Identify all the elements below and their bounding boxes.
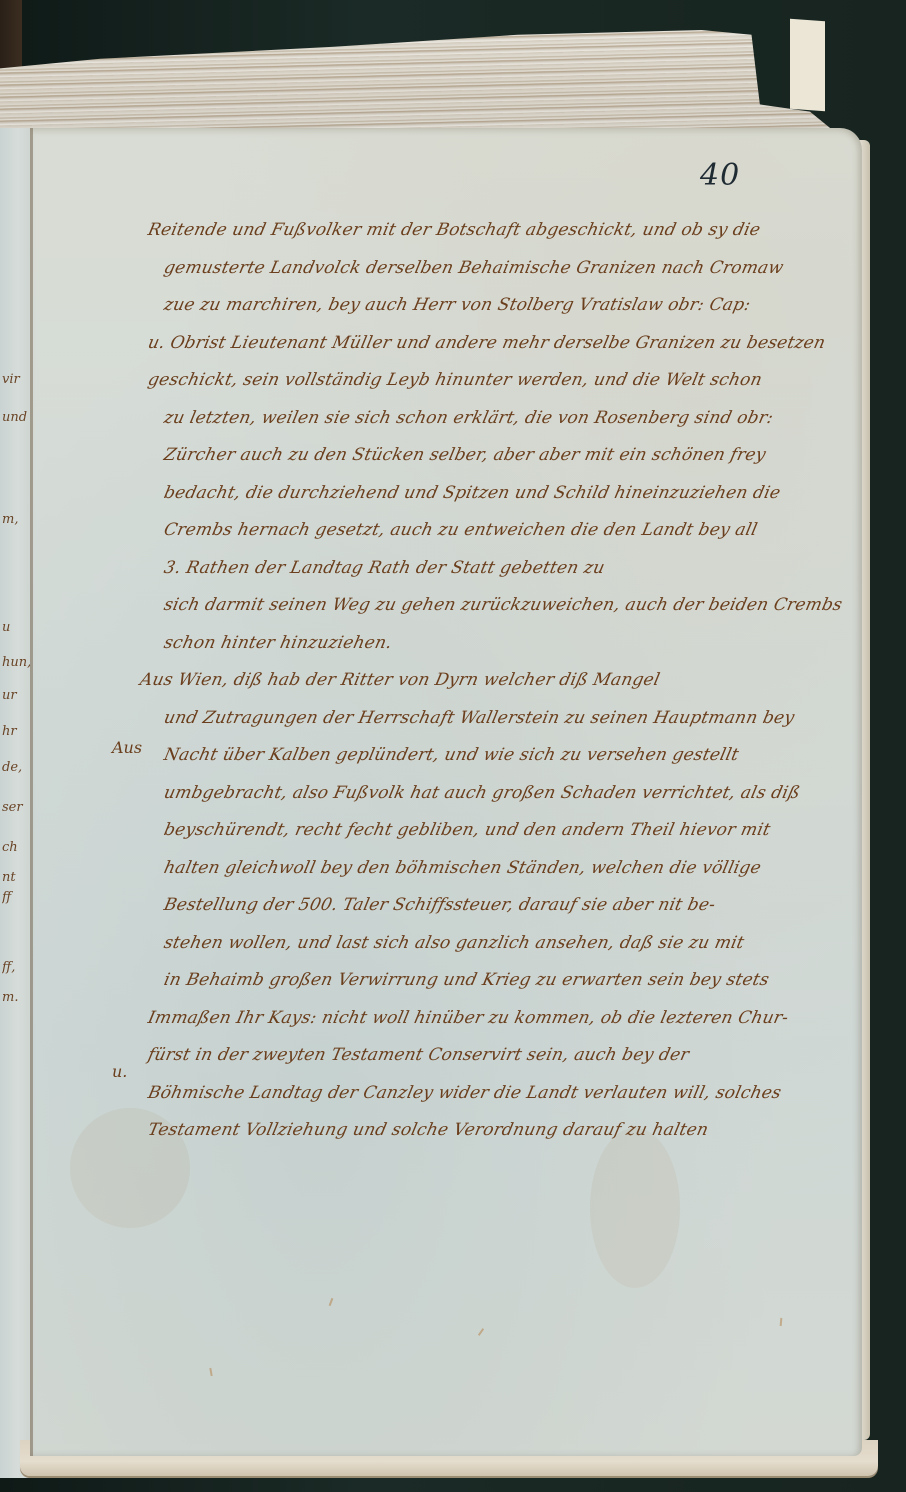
text-line: Böhmische Landtag der Canzley wider die … — [144, 1075, 867, 1113]
left-page-fragment: u — [2, 620, 30, 635]
left-page-fragment: hr — [2, 724, 30, 739]
book-spine — [0, 0, 22, 70]
left-page-fragment: ch — [2, 840, 30, 855]
paper-fiber — [209, 1368, 212, 1376]
left-page-fragment: nt — [2, 870, 30, 885]
paper-stain — [590, 1128, 680, 1288]
left-page-fragment: ur — [2, 688, 30, 703]
text-line: halten gleichwoll bey den böhmischen Stä… — [144, 850, 867, 888]
text-line: bedacht, die durchziehend und Spitzen un… — [144, 475, 867, 513]
left-page-fragment: ser — [2, 800, 30, 815]
text-line: Testament Vollziehung und solche Verordn… — [144, 1112, 867, 1150]
text-line: gemusterte Landvolck derselben Behaimisc… — [144, 250, 867, 288]
text-line: Aus Wien, diß hab der Ritter von Dyrn we… — [136, 662, 867, 700]
text-line: zue zu marchiren, bey auch Herr von Stol… — [144, 287, 867, 325]
text-line: und Zutragungen der Herrschaft Wallerste… — [144, 700, 867, 738]
paper-fiber — [329, 1298, 334, 1306]
paper-fiber — [478, 1328, 484, 1336]
text-line: u. Obrist Lieutenant Müller und andere m… — [144, 325, 867, 363]
margin-note: Aus — [112, 738, 142, 757]
text-line: Zürcher auch zu den Stücken selber, aber… — [144, 437, 867, 475]
left-page-fragment: ff — [2, 890, 30, 905]
folio-number: 40 — [700, 158, 740, 193]
text-line: zu letzten, weilen sie sich schon erklär… — [144, 400, 867, 438]
left-page-fragment: vir — [2, 372, 30, 387]
manuscript-text-block: Reitende und Fußvolker mit der Botschaft… — [148, 212, 863, 1150]
paper-slip-marker — [790, 19, 825, 111]
text-line: Nacht über Kalben geplündert, und wie si… — [144, 737, 867, 775]
left-page-text-fragments: virundm,uhun,urhrde,serchntffff,m. — [0, 128, 30, 1478]
text-line: Reitende und Fußvolker mit der Botschaft… — [144, 212, 867, 250]
text-line: fürst in der zweyten Testament Conservir… — [144, 1037, 867, 1075]
left-page-fragment: hun, — [2, 655, 30, 670]
left-page-fragment: ff, — [2, 960, 30, 975]
text-line: 3. Rathen der Landtag Rath der Statt geb… — [144, 550, 867, 588]
text-line: Crembs hernach gesetzt, auch zu entweich… — [144, 512, 867, 550]
left-page-fragment: m, — [2, 512, 30, 527]
text-line: sich darmit seinen Weg zu gehen zurückzu… — [144, 587, 867, 625]
text-line: stehen wollen, und last sich also ganzli… — [144, 925, 867, 963]
text-line: Immaßen Ihr Kays: nicht woll hinüber zu … — [144, 1000, 867, 1038]
margin-note: u. — [112, 1062, 127, 1081]
text-line: geschickt, sein vollständig Leyb hinunte… — [144, 362, 867, 400]
left-facing-page: virundm,uhun,urhrde,serchntffff,m. — [0, 128, 30, 1478]
left-page-fragment: de, — [2, 760, 30, 775]
left-page-fragment: m. — [2, 990, 30, 1005]
paper-fiber — [780, 1318, 783, 1326]
text-line: schon hinter hinzuziehen. — [144, 625, 867, 663]
text-line: umbgebracht, also Fußvolk hat auch große… — [144, 775, 867, 813]
text-line: Bestellung der 500. Taler Schiffssteuer,… — [144, 887, 867, 925]
text-line: beyschürendt, recht fecht gebliben, und … — [144, 812, 867, 850]
left-page-fragment: und — [2, 410, 30, 425]
text-line: in Behaimb großen Verwirrung und Krieg z… — [144, 962, 867, 1000]
